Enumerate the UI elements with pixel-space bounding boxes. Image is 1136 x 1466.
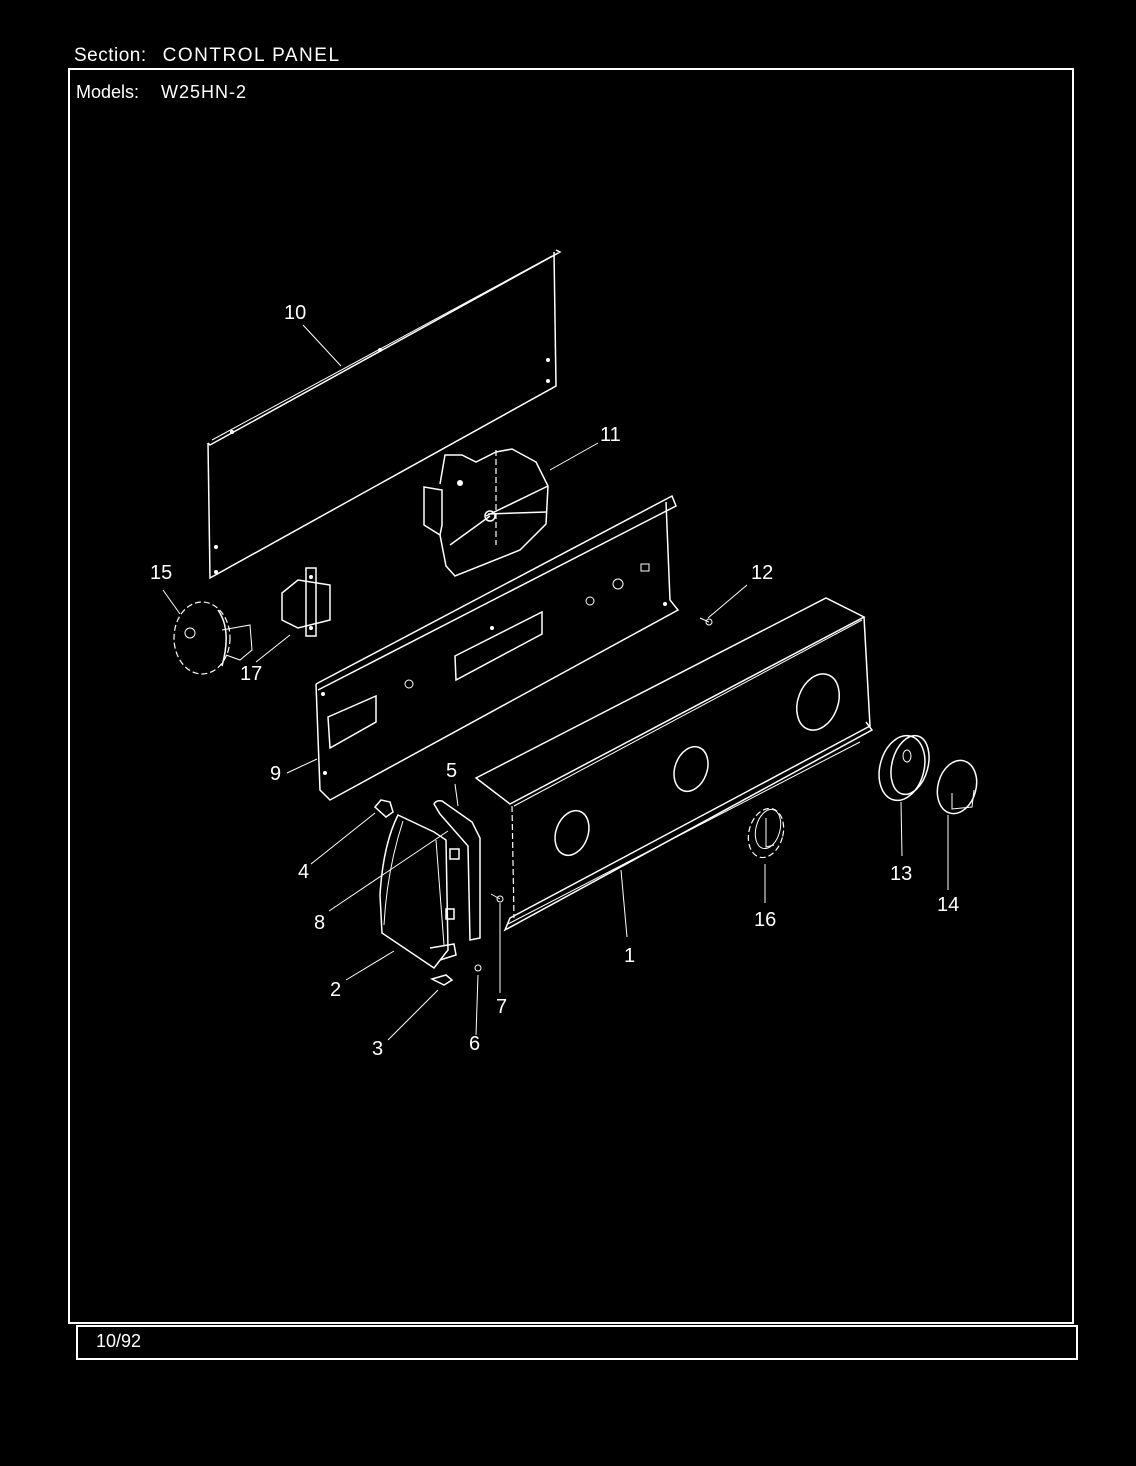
footer-box: [76, 1325, 1078, 1360]
timer-knob: [932, 756, 983, 818]
callout-13: 13: [890, 863, 912, 885]
callout-10: 10: [284, 302, 306, 324]
callout-16: 16: [754, 909, 776, 931]
callout-9: 9: [270, 763, 281, 785]
panel-screw: [700, 618, 712, 625]
callout-8: 8: [314, 912, 325, 934]
callout-5: 5: [446, 760, 457, 782]
callout-15: 15: [150, 562, 172, 584]
exploded-parts-diagram: 10 11 15 17 12 9 5 4 8 2 3 6 7 1 16 13 1…: [0, 0, 1136, 1466]
screw-small: [475, 965, 481, 971]
end-cap-bracket: [380, 815, 459, 968]
callout-17: 17: [240, 663, 262, 685]
control-panel-faceplate: [316, 496, 678, 800]
screw-side: [491, 894, 503, 902]
control-panel-housing: [476, 598, 872, 930]
timer: [424, 449, 548, 576]
selector-knob: [743, 804, 789, 861]
revision-date: 10/92: [96, 1331, 141, 1352]
callout-11: 11: [600, 424, 621, 446]
timer-dial: [872, 730, 935, 805]
callout-leaders: [163, 325, 948, 1040]
callout-4: 4: [298, 861, 309, 883]
rear-cover-panel: [208, 250, 560, 578]
clip-upper: [375, 800, 393, 817]
callout-3: 3: [372, 1038, 383, 1060]
callout-7: 7: [496, 996, 507, 1018]
callout-1: 1: [624, 945, 635, 967]
callout-2: 2: [330, 979, 341, 1001]
callout-12: 12: [751, 562, 773, 584]
trim-strip: [434, 801, 480, 940]
water-level-switch: [282, 568, 330, 636]
callout-14: 14: [937, 894, 959, 916]
callout-6: 6: [469, 1033, 480, 1055]
clip-lower: [432, 975, 452, 985]
callout-labels: 10 11 15 17 12 9 5 4 8 2 3 6 7 1 16 13 1…: [150, 302, 959, 1060]
